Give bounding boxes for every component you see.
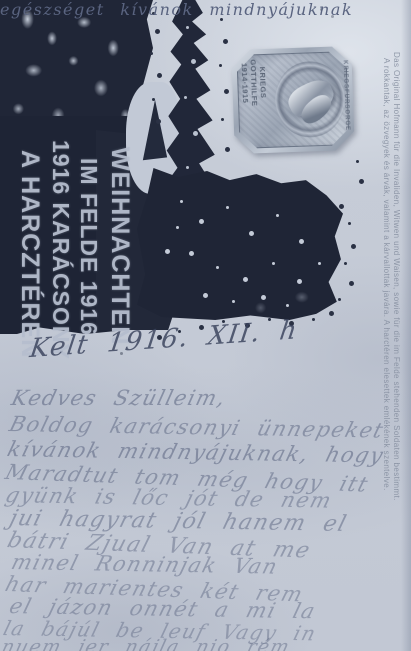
handwriting-line: nuem jer nájla nio rém: [0, 636, 293, 651]
title-im-felde-1916: IM FELDE 1916.: [75, 158, 102, 343]
embossed-charity-seal: KRIEGS GOTTHILFE 1914·1915 KRIEGSFÜRSORG…: [231, 46, 355, 154]
seal-word-gotthilfe: GOTTHILFE: [249, 59, 260, 106]
tree-mass-silhouette: [137, 168, 343, 320]
title-1916-karacsony: 1916 KARÁCSONY: [47, 140, 74, 360]
postcard: WEIHNACHTEN IM FELDE 1916. 1916 KARÁCSON…: [0, 0, 411, 651]
handwriting-line: egészséget kívánok mindnyájuknak: [0, 0, 353, 19]
seal-dates: 1914·1915: [240, 63, 250, 104]
scan-edge-shadow: [401, 0, 411, 651]
handwriting-line: Kedves Szülleim,: [9, 386, 229, 410]
title-weihnachten: WEIHNACHTEN: [105, 147, 134, 346]
seal-inscription: KRIEGS GOTTHILFE 1914·1915: [240, 59, 269, 107]
seal-word-kriegs: KRIEGS: [258, 67, 268, 99]
title-a-harczteren: A HARCZTÉREN: [15, 150, 44, 358]
edge-text-german: Das Original Hofmann für die Invaliden, …: [392, 52, 401, 501]
